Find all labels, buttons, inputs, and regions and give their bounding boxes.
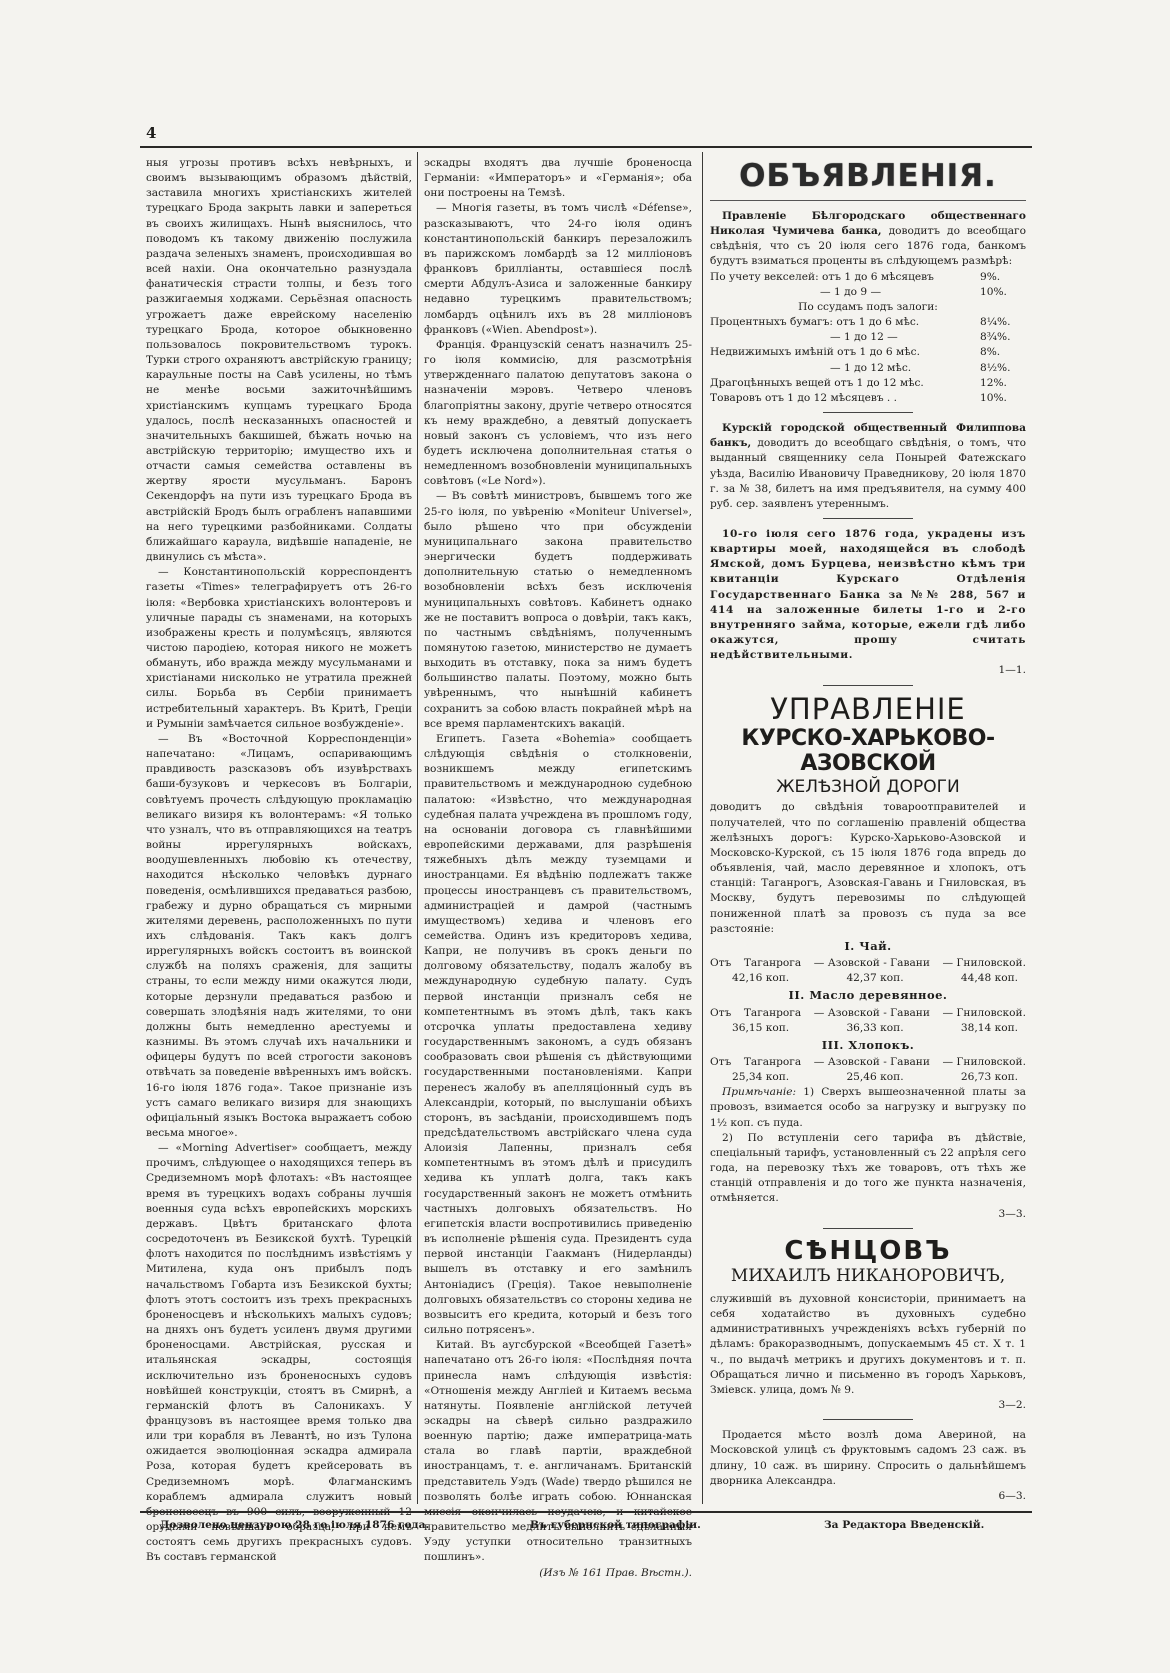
divider: [710, 200, 1026, 201]
railway-head-2: КУРСКО-ХАРЬКОВО-АЗОВСКОЙ: [710, 727, 1026, 775]
rate-row: — 1 до 9 —10%.: [710, 285, 1026, 300]
censor-note: Дозволено цензурою 28 го іюля 1876 года.: [160, 1519, 429, 1531]
ad-mark: 3—3.: [710, 1207, 1026, 1222]
article-source: (Изъ № 161 Прав. Вѣстн.).: [424, 1566, 692, 1581]
rate-row: Недвижимыхъ имѣній отъ 1 до 6 мѣс.8%.: [710, 345, 1026, 360]
article-paragraph: эскадры входятъ два лучшіе броненосца Ге…: [424, 156, 692, 201]
article-paragraph: — Многія газеты, въ томъ числѣ «Défense»…: [424, 201, 692, 337]
article-paragraph: — Въ «Восточной Корреспонденціи» напечат…: [146, 732, 412, 1141]
printer-note: Въ губернской типографіи.: [530, 1519, 701, 1531]
rate-row: — 1 до 12 —8¾%.: [710, 330, 1026, 345]
ad-sentsov: СѢНЦОВЪ МИХАИЛЪ НИКАНОРОВИЧЪ, служившій …: [710, 1237, 1026, 1414]
railway-head-1: УПРАВЛЕНІЕ: [710, 694, 1026, 726]
ad-kursk-bank: Курскій городской общественный Филиппова…: [710, 421, 1026, 512]
rate-row: По учету векселей: отъ 1 до 6 мѣсяцевъ9%…: [710, 270, 1026, 285]
column-1: ныя угрозы противъ всѣхъ невѣрныхъ, и св…: [146, 156, 412, 1566]
article-paragraph: — Въ совѣтѣ министровъ, бывшемъ того же …: [424, 489, 692, 732]
ad-mark: 6—3.: [710, 1489, 1026, 1504]
sentsov-name: МИХАИЛЪ НИКАНОРОВИЧЪ,: [710, 1267, 1026, 1286]
tariff-prices: 25,34 коп.25,46 коп.26,73 коп.: [710, 1070, 1026, 1085]
tariff-name: III. Хлопокъ.: [710, 1038, 1026, 1053]
tariff-name: II. Масло деревянное.: [710, 988, 1026, 1003]
ad-belgorod-bank: Правленіе Бѣлгородскаго общественнаго Ни…: [710, 209, 1026, 406]
note-label: Примѣчаніе:: [722, 1086, 796, 1098]
tariff-route: ОтъТаганрога— Азовской - Гавани— Гниловс…: [710, 1006, 1026, 1021]
editor-note: За Редактора Введенскій.: [824, 1519, 984, 1531]
header-rule: [140, 146, 1032, 148]
sentsov-head: СѢНЦОВЪ: [710, 1237, 1026, 1266]
footer-rule: [140, 1511, 1032, 1513]
advertisements-title: ОБЪЯВЛЕНІЯ.: [710, 156, 1026, 196]
ad-text: доводитъ до свѣдѣнія товароотправителей …: [710, 800, 1026, 936]
rate-row: — 1 до 12 мѣс.8½%.: [710, 361, 1026, 376]
article-paragraph: — «Morning Advertiser» сообщаетъ, между …: [146, 1141, 412, 1565]
ad-railway: УПРАВЛЕНІЕ КУРСКО-ХАРЬКОВО-АЗОВСКОЙ ЖЕЛѢ…: [710, 694, 1026, 1222]
article-paragraph: Египетъ. Газета «Bohemia» сообщаетъ слѣд…: [424, 732, 692, 1338]
column-divider: [702, 152, 703, 1504]
article-paragraph: Франція. Французскій сенатъ назначилъ 25…: [424, 338, 692, 490]
rates-subhead: По ссудамъ подъ залоги:: [710, 300, 1026, 315]
ad-text: 2) По вступленіи сего тарифа въ дѣйствіе…: [710, 1131, 1026, 1207]
advertisements-column: ОБЪЯВЛЕНІЯ. Правленіе Бѣлгородскаго обще…: [710, 156, 1026, 1504]
article-paragraph: — Константинопольскій корреспондентъ газ…: [146, 565, 412, 732]
railway-head-3: ЖЕЛѢЗНОЙ ДОРОГИ: [710, 778, 1026, 797]
ad-stolen-receipts: 10-го іюля сего 1876 года, украдены изъ …: [710, 527, 1026, 679]
divider: [823, 518, 913, 519]
ad-mark: 1—1.: [710, 663, 1026, 678]
rate-row: Товаровъ отъ 1 до 12 мѣсяцевъ . .10%.: [710, 391, 1026, 406]
divider: [823, 412, 913, 413]
rate-row: Процентныхъ бумагъ: отъ 1 до 6 мѣс.8¼%.: [710, 315, 1026, 330]
newspaper-page: 4 ныя угрозы противъ всѣхъ невѣрныхъ, и …: [0, 0, 1170, 1673]
ad-text: 10-го іюля сего 1876 года, украдены изъ …: [710, 527, 1026, 663]
page-number: 4: [146, 124, 156, 142]
tariff-prices: 42,16 коп.42,37 коп.44,48 коп.: [710, 971, 1026, 986]
tariff-route: ОтъТаганрога— Азовской - Гавани— Гниловс…: [710, 1055, 1026, 1070]
article-paragraph: Китай. Въ аугсбурской «Всеобщей Газетѣ» …: [424, 1338, 692, 1565]
article-paragraph: ныя угрозы противъ всѣхъ невѣрныхъ, и св…: [146, 156, 412, 565]
ad-property-sale: Продается мѣсто возлѣ дома Авериной, на …: [710, 1428, 1026, 1504]
divider: [823, 685, 913, 686]
ad-mark: 3—2.: [710, 1398, 1026, 1413]
ad-text: Продается мѣсто возлѣ дома Авериной, на …: [710, 1428, 1026, 1489]
ad-text: служившій въ духовной консисторіи, прини…: [710, 1292, 1026, 1398]
tariff-prices: 36,15 коп.36,33 коп.38,14 коп.: [710, 1021, 1026, 1036]
divider: [823, 1419, 913, 1420]
ad-text: доводитъ до всеобщаго свѣдѣнія, о томъ, …: [710, 437, 1026, 510]
rate-row: Драгоцѣнныхъ вещей отъ 1 до 12 мѣс.12%.: [710, 376, 1026, 391]
divider: [823, 1228, 913, 1229]
tariff-name: I. Чай.: [710, 939, 1026, 954]
column-divider: [417, 152, 418, 1504]
tariff-route: ОтъТаганрога— Азовской - Гавани— Гниловс…: [710, 956, 1026, 971]
column-2: эскадры входятъ два лучшіе броненосца Ге…: [424, 156, 692, 1581]
